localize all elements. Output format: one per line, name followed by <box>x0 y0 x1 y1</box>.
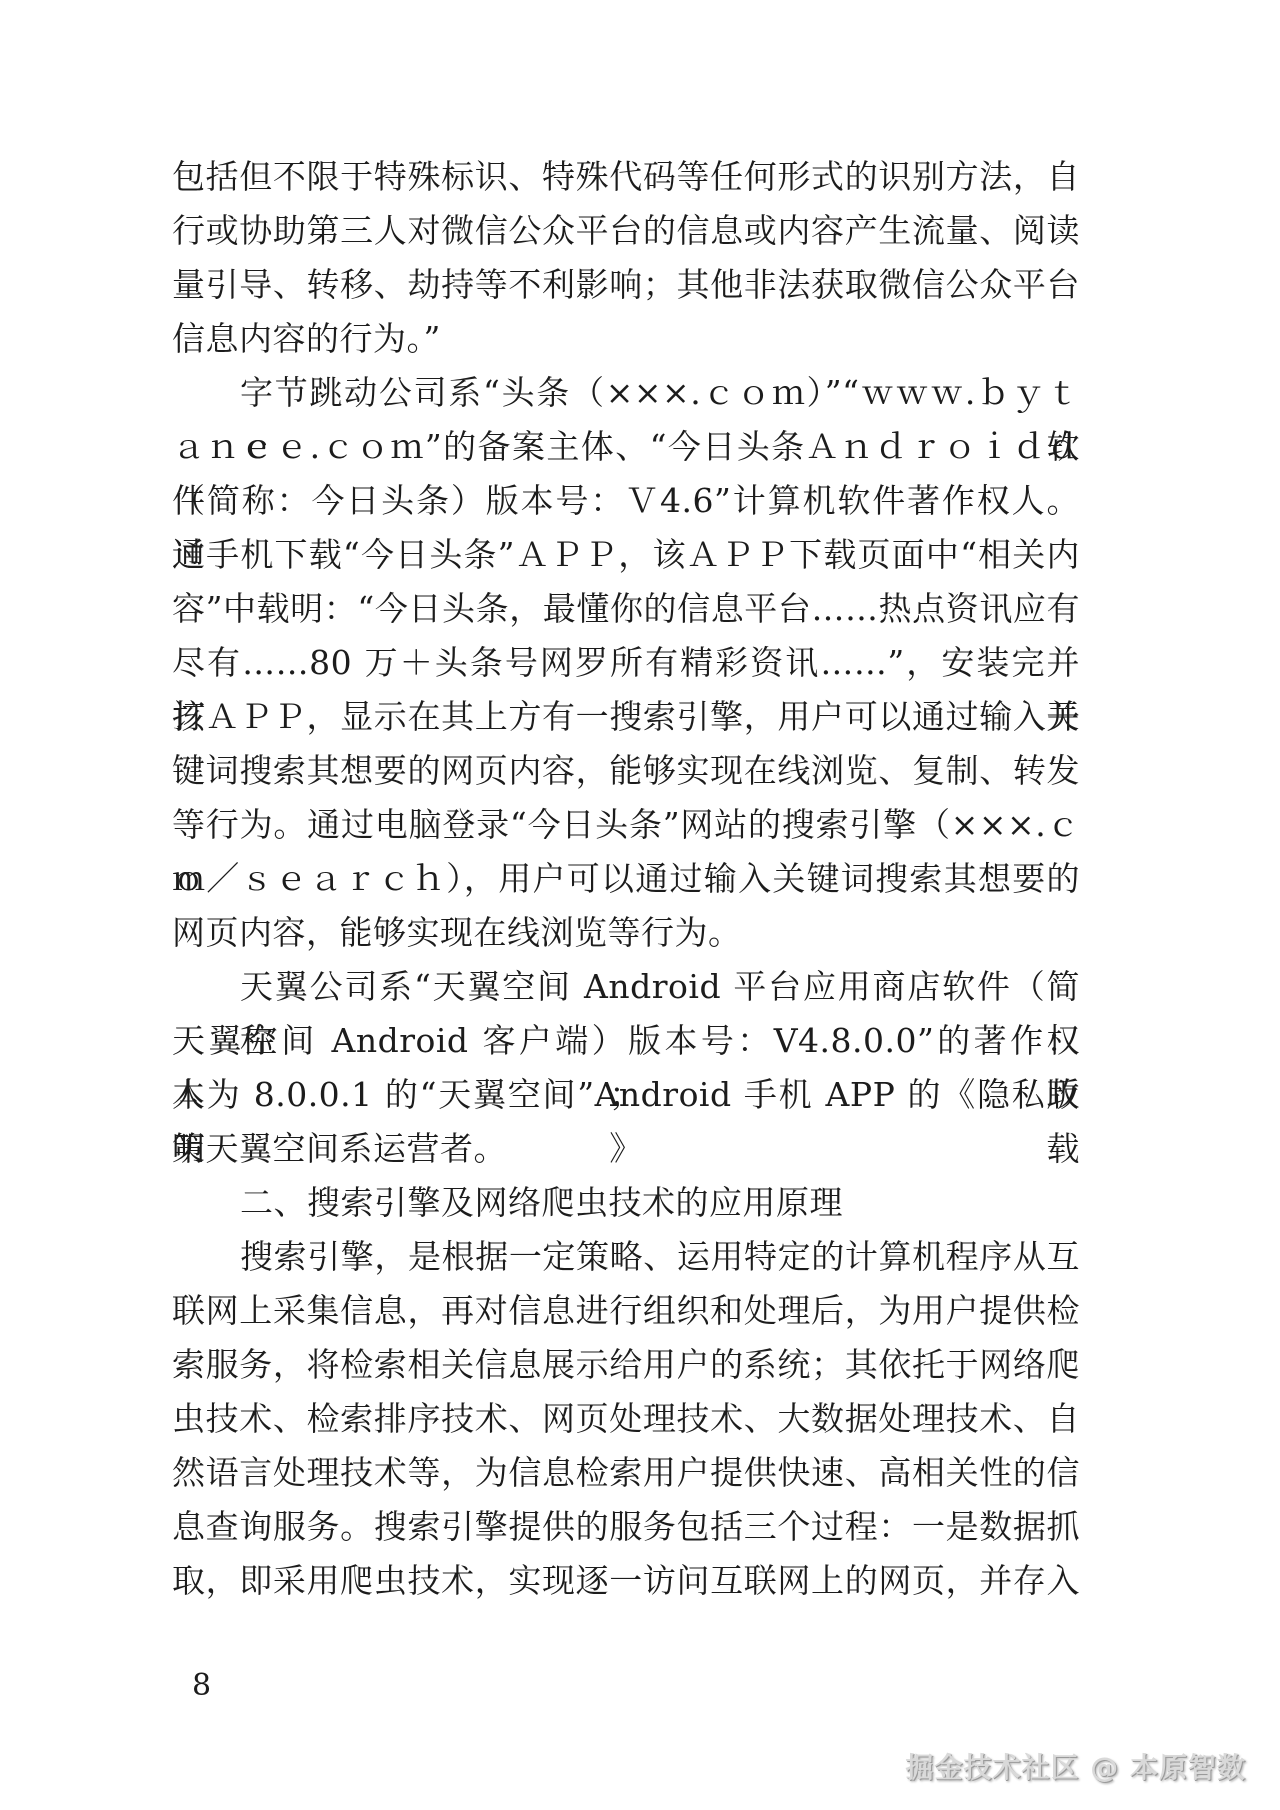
text-line: 行或协助第三人对微信公众平台的信息或内容产生流量、阅读 <box>172 204 1080 258</box>
text-line: 过手机下载“今日头条”ＡＰＰ，该ＡＰＰ下载页面中“相关内 <box>172 528 1080 582</box>
text-block: 包括但不限于特殊标识、特殊代码等任何形式的识别方法，自 行或协助第三人对微信公众… <box>172 150 1080 1608</box>
text-line: 搜索引擎，是根据一定策略、运用特定的计算机程序从互 <box>172 1230 1080 1284</box>
text-line: 息查询服务。搜索引擎提供的服务包括三个过程：一是数据抓 <box>172 1500 1080 1554</box>
text-line: 索服务，将检索相关信息展示给用户的系统；其依托于网络爬 <box>172 1338 1080 1392</box>
text-line: 联网上采集信息，再对信息进行组织和处理后，为用户提供检 <box>172 1284 1080 1338</box>
text-line: ｍ／ｓｅａｒｃｈ），用户可以通过输入关键词搜索其想要的 <box>172 852 1080 906</box>
text-line: （简称：今日头条）版本号：Ｖ4.6”计算机软件著作权人。通 <box>172 474 1080 528</box>
text-line: 字节跳动公司系“头条（×××.ｃｏｍ）”“ｗｗｗ.ｂｙｔｅｄ <box>172 366 1080 420</box>
text-line: 网页内容，能够实现在线浏览等行为。 <box>172 906 1080 960</box>
text-line: 包括但不限于特殊标识、特殊代码等任何形式的识别方法，自 <box>172 150 1080 204</box>
text-line: 尽有……80 万＋头条号网罗所有精彩资讯……”，安装完并打开 <box>172 636 1080 690</box>
text-line: 取，即采用爬虫技术，实现逐一访问互联网上的网页，并存入 <box>172 1554 1080 1608</box>
text-line: 本为 8.0.0.1 的“天翼空间”Android 手机 APP 的《隐私政策》… <box>172 1068 1080 1122</box>
text-line: 量引导、转移、劫持等不利影响；其他非法获取微信公众平台 <box>172 258 1080 312</box>
section-heading: 二、搜索引擎及网络爬虫技术的应用原理 <box>172 1176 1080 1230</box>
watermark: 掘金技术社区 @ 本原智数 <box>906 1746 1247 1786</box>
text-line: 容”中载明：“今日头条，最懂你的信息平台……热点资讯应有 <box>172 582 1080 636</box>
text-line: 天翼空间 Android 客户端）版本号：V4.8.0.0”的著作权人；版 <box>172 1014 1080 1068</box>
document-page: 包括但不限于特殊标识、特殊代码等任何形式的识别方法，自 行或协助第三人对微信公众… <box>0 0 1280 1810</box>
text-line: ａｎｃｅ.ｃｏｍ”的备案主体、“今日头条Ａｎｄｒｏｉｄ软件 <box>172 420 1080 474</box>
text-line: 信息内容的行为。” <box>172 312 1080 366</box>
text-line: 该ＡＰＰ，显示在其上方有一搜索引擎，用户可以通过输入关 <box>172 690 1080 744</box>
text-line: 天翼公司系“天翼空间 Android 平台应用商店软件（简称： <box>172 960 1080 1014</box>
text-line: 键词搜索其想要的网页内容，能够实现在线浏览、复制、转发 <box>172 744 1080 798</box>
text-line: 等行为。通过电脑登录“今日头条”网站的搜索引擎（×××.ｃｏ <box>172 798 1080 852</box>
text-line: 虫技术、检索排序技术、网页处理技术、大数据处理技术、自 <box>172 1392 1080 1446</box>
page-number: 8 <box>192 1668 211 1703</box>
text-line: 然语言处理技术等，为信息检索用户提供快速、高相关性的信 <box>172 1446 1080 1500</box>
